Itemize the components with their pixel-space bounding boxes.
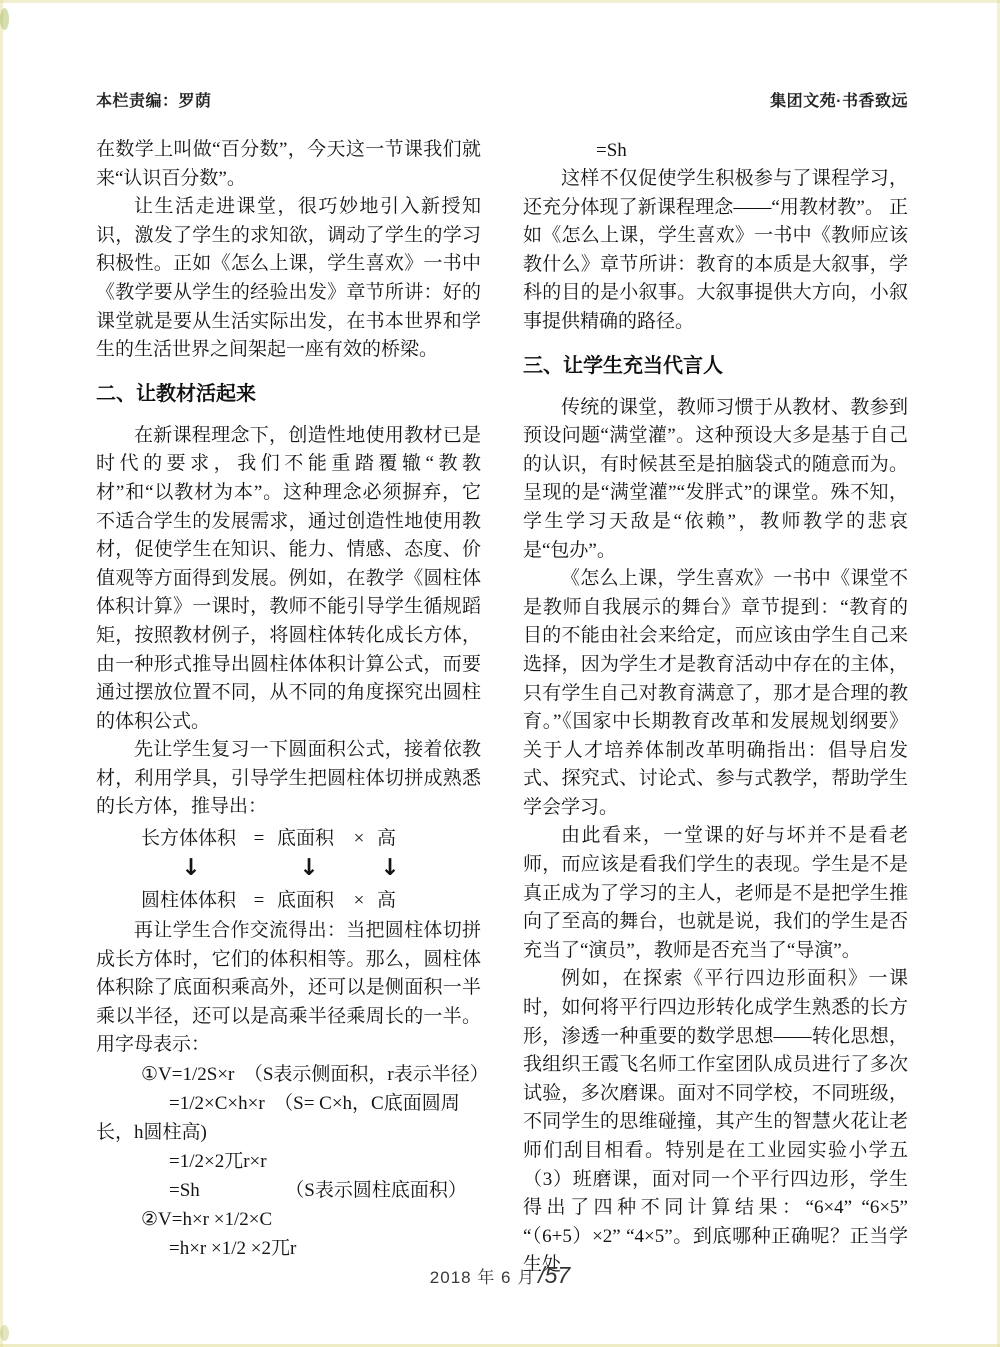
formula-line-4: =Sh （S表示圆柱底面积） [96, 1176, 481, 1205]
formula-line-1: ①V=1/2S×r （S表示侧面积，r表示半径） [96, 1060, 481, 1089]
paragraph-traditional-class: 传统的课堂，教师习惯于从教材、教参到预设问题“满堂灌”。这种预设大多是基于自己的… [523, 394, 908, 566]
down-arrow-icon: ↓ [377, 853, 403, 886]
paragraph-book-quote: 《怎么上课，学生喜欢》一书中《课堂不是教师自我展示的舞台》章节提到：“教育的目的… [523, 565, 908, 822]
down-arrow-icon: ↓ [277, 853, 341, 886]
diagram-height: 高 [377, 886, 403, 915]
equals-sign: = [241, 886, 277, 915]
formula-line-5: ②V=h×r ×1/2×C [96, 1205, 481, 1234]
diagram-cuboid-volume: 长方体体积 [141, 824, 241, 853]
down-arrow-icon: ↓ [141, 853, 241, 886]
scan-artifact-bottom-left [0, 1325, 9, 1341]
page-footer: 2018 年 6 月/57 [0, 1262, 1000, 1289]
issue-date: 2018 年 6 月 [430, 1268, 535, 1287]
paragraph-review-circle-area: 先让学生复习一下圆面积公式，接着依教材，利用学具，引导学生把圆柱体切拼成熟悉的长… [96, 736, 481, 822]
diagram-arrows-row: ↓ ↓ ↓ [141, 853, 481, 886]
scan-edge-left [0, 0, 3, 1347]
diagram-height: 高 [377, 824, 403, 853]
volume-formula-diagram: 长方体体积 = 底面积 × 高 ↓ ↓ ↓ 圆柱体体积 = 底面积 × 高 [141, 824, 481, 915]
paragraph-good-or-bad-class: 由此看来，一堂课的好与坏并不是看老师，而应该是看我们学生的表现。学生是不是真正成… [523, 822, 908, 965]
equals-sign: = [241, 824, 277, 853]
paragraph-parallelogram-example: 例如，在探索《平行四边形面积》一课时，如何将平行四边形转化成学生熟悉的长方形，渗… [523, 965, 908, 1280]
right-column: =Sh 这样不仅促使学生积极参与了课程学习，还充分体现了新课程理念——“用教材教… [523, 136, 908, 1280]
formula-line-2: =1/2×C×h×r （S= C×h，C底面圆周 [96, 1089, 481, 1118]
paragraph-cooperate: 再让学生合作交流得出：当把圆柱体切拼成长方体时，它们的体积相等。那么，圆柱体体积… [96, 917, 481, 1060]
diagram-row-cuboid: 长方体体积 = 底面积 × 高 [141, 824, 481, 853]
section-heading-3: 三、让学生充当代言人 [523, 352, 908, 380]
diagram-base-area: 底面积 [277, 886, 341, 915]
page-header: 本栏责编：罗荫 集团文苑·书香致远 [96, 88, 908, 111]
magazine-page: 本栏责编：罗荫 集团文苑·书香致远 在数学上叫做“百分数”，今天这一节课我们就来… [0, 0, 1000, 1347]
diagram-row-cylinder: 圆柱体体积 = 底面积 × 高 [141, 886, 481, 915]
article-body: 在数学上叫做“百分数”，今天这一节课我们就来“认识百分数”。 让生活走进课堂，很… [96, 136, 908, 1280]
paragraph-life-into-class: 让生活走进课堂，很巧妙地引入新授知识，激发了学生的求知欲，调动了学生的学习积极性… [96, 193, 481, 365]
diagram-cylinder-volume: 圆柱体体积 [141, 886, 241, 915]
diagram-base-area: 底面积 [277, 824, 341, 853]
paragraph-new-curriculum: 在新课程理念下，创造性地使用教材已是时代的要求，我们不能重踏覆辙“教教材”和“以… [96, 422, 481, 737]
formula-line-2-wrap: 长，h圆柱高) [96, 1118, 481, 1147]
page-number: /57 [538, 1262, 570, 1288]
section-heading-2: 二、让教材活起来 [96, 380, 481, 408]
multiply-sign: × [341, 886, 377, 915]
paragraph-percentage: 在数学上叫做“百分数”，今天这一节课我们就来“认识百分数”。 [96, 136, 481, 193]
editor-credit: 本栏责编：罗荫 [96, 88, 212, 111]
scan-edge-top [0, 0, 1000, 3]
formula-line-sh: =Sh [523, 136, 908, 165]
formula-line-3: =1/2×2兀r×r [96, 1147, 481, 1176]
paragraph-use-textbook: 这样不仅促使学生积极参与了课程学习，还充分体现了新课程理念——“用教材教”。 正… [523, 165, 908, 337]
formula-line-6: =h×r ×1/2 ×2兀r [96, 1234, 481, 1263]
multiply-sign: × [341, 824, 377, 853]
formula-list: ①V=1/2S×r （S表示侧面积，r表示半径） =1/2×C×h×r （S= … [96, 1060, 481, 1263]
left-column: 在数学上叫做“百分数”，今天这一节课我们就来“认识百分数”。 让生活走进课堂，很… [96, 136, 481, 1280]
column-title: 集团文苑·书香致远 [770, 88, 908, 111]
scan-artifact-top-left [0, 8, 9, 30]
